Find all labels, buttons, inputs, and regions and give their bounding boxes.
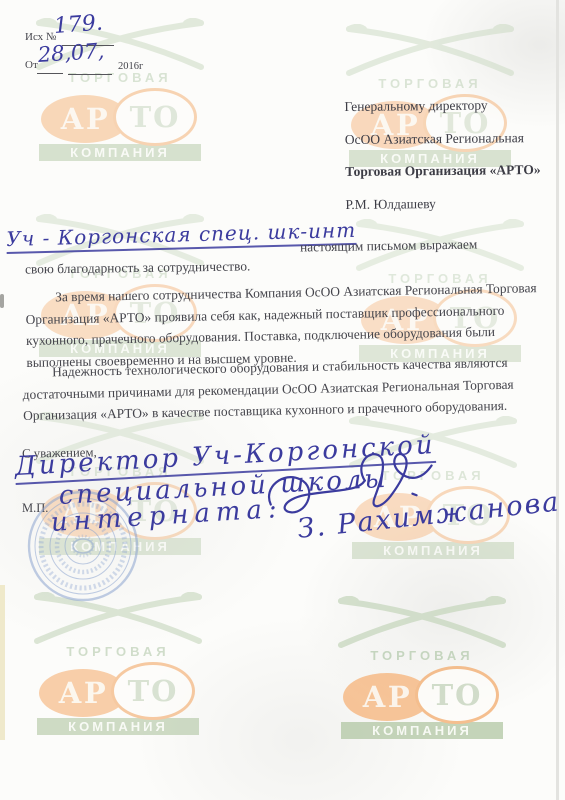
scan-edge-mark [0,294,4,308]
scan-edge-artifact [0,585,5,740]
scan-right-edge [556,0,559,800]
watermark-arto-oval: АР ТО [41,88,199,148]
recipient-block: Генеральному директору ОсОО Азиатская Ре… [344,89,541,221]
paragraph: Надежность технологического оборудования… [22,351,544,427]
watermark-to: ТО [415,666,499,724]
watermark-to: ТО [113,88,197,146]
date-day-handwritten: 28, [37,41,72,67]
crossed-swords-icon [337,596,507,650]
date-month-blank [68,73,112,75]
watermark-arto-oval: АР ТО [343,666,501,726]
date-year: 2016г [118,61,143,72]
letter-page: ТОРГОВАЯ АР ТО КОМПАНИЯ ТОРГОВАЯ АР ТО К… [0,0,565,800]
recipient-line: Р.М. Юлдашеву [345,186,541,221]
watermark-word-torgovaya: ТОРГОВАЯ [334,648,510,663]
watermark-logo: ТОРГОВАЯ АР ТО КОМПАНИЯ [30,592,206,735]
date-month-handwritten: 07, [70,39,105,65]
watermark-logo: ТОРГОВАЯ АР ТО КОМПАНИЯ [334,596,510,739]
outgoing-number-handwritten: 179. [53,11,104,39]
watermark-logo: ТОРГОВАЯ АР ТО КОМПАНИЯ [32,18,208,161]
watermark-word-kompaniya: КОМПАНИЯ [39,144,201,161]
watermark-word-kompaniya: КОМПАНИЯ [352,542,514,559]
intro-continuation: настоящим письмом выражаем [300,236,478,255]
watermark-to: ТО [111,662,195,720]
watermark-ar: АР [343,673,431,721]
recipient-line: Генеральному директору [344,89,540,124]
intro-line2: свою благодарность за сотрудничество. [25,258,251,277]
recipient-line: ОсОО Азиатская Региональная [345,121,541,156]
watermark-word-kompaniya: КОМПАНИЯ [341,722,503,739]
crossed-swords-icon [345,24,515,78]
recipient-line: Торговая Организация «АРТО» [345,154,541,189]
watermark-ar: АР [39,669,127,717]
watermark-ar: АР [41,95,129,143]
watermark-arto-oval: АР ТО [39,662,197,722]
watermark-word-torgovaya: ТОРГОВАЯ [30,644,206,659]
date-day-blank [37,72,63,74]
watermark-word-kompaniya: КОМПАНИЯ [37,718,199,735]
date-label: От [25,59,38,71]
